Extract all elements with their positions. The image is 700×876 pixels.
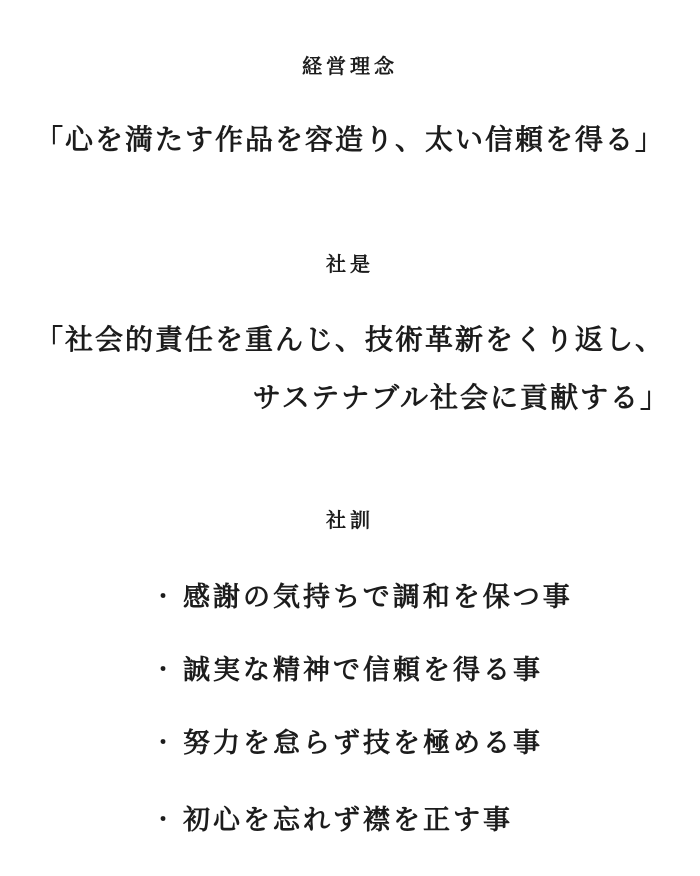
motto-heading: 社是: [0, 248, 700, 277]
philosophy-quote: 「心を満たす作品を容造り、太い信頼を得る」: [0, 118, 700, 158]
company-philosophy-page: { "page": { "philosophy": { "heading": "…: [0, 0, 700, 876]
bullet-icon: ・: [152, 584, 177, 610]
precept-item: ・誠実な精神で信頼を得る事: [0, 648, 700, 687]
precept-item: ・感謝の気持ちで調和を保つ事: [0, 575, 700, 614]
bullet-icon: ・: [152, 657, 177, 683]
precept-text: 誠実な精神で信頼を得る事: [183, 655, 543, 686]
precepts-heading: 社訓: [0, 504, 700, 533]
bullet-icon: ・: [152, 730, 177, 756]
motto-quote-line-1: 「社会的責任を重んじ、技術革新をくり返し、: [0, 318, 700, 358]
bullet-icon: ・: [152, 807, 177, 833]
philosophy-heading: 経営理念: [0, 50, 700, 79]
precept-text: 努力を怠らず技を極める事: [183, 728, 543, 759]
precept-item: ・努力を怠らず技を極める事: [0, 721, 700, 760]
precept-text: 感謝の気持ちで調和を保つ事: [183, 582, 573, 613]
precept-text: 初心を忘れず襟を正す事: [183, 805, 513, 836]
motto-quote-line-2: サステナブル社会に貢献する」: [0, 376, 700, 416]
precept-item: ・初心を忘れず襟を正す事: [0, 798, 700, 837]
